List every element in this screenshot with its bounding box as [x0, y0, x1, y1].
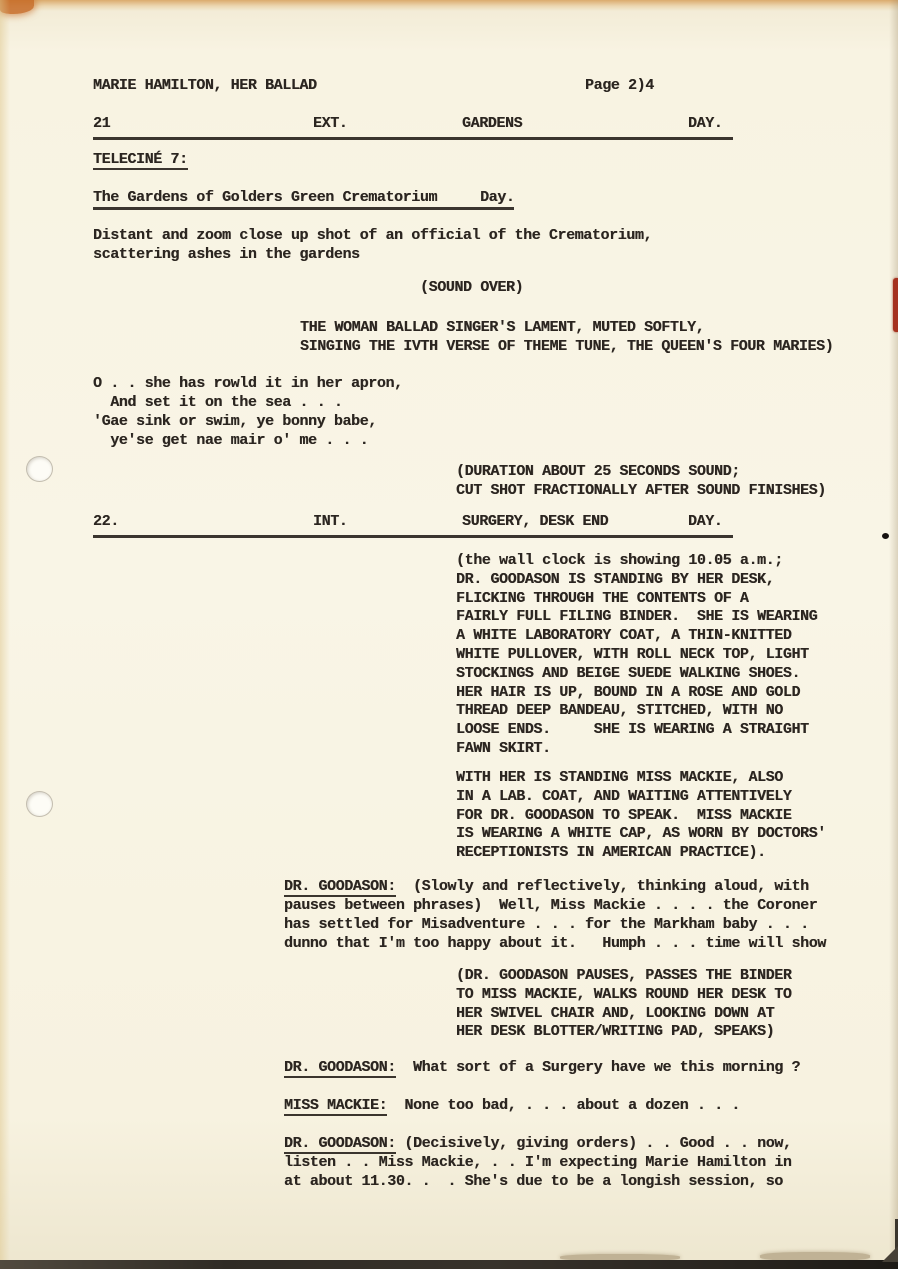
scene-heading-22: 22. INT. SURGERY, DESK END DAY.: [93, 512, 733, 538]
stage-direction-2: WITH HER IS STANDING MISS MACKIE, ALSO I…: [456, 769, 826, 863]
duration-note: (DURATION ABOUT 25 SECONDS SOUND; CUT SH…: [456, 462, 826, 500]
document-title: MARIE HAMILTON, HER BALLAD: [93, 76, 317, 95]
script-page-scan: MARIE HAMILTON, HER BALLAD Page 2)4 21 E…: [0, 0, 898, 1269]
scan-bottom-edge: [0, 1260, 898, 1269]
scene-setting: EXT.: [313, 114, 347, 133]
telecine-heading: TELECINÉ 7:: [93, 150, 188, 169]
ink-dot: [882, 533, 889, 539]
dialogue-goodason-3: DR. GOODASON: (Decisively, giving orders…: [284, 1134, 792, 1191]
scene-location: GARDENS: [462, 114, 522, 133]
scene-time: DAY.: [688, 114, 722, 133]
scene-heading-21: 21 EXT. GARDENS DAY.: [93, 114, 733, 140]
stage-direction-1: (the wall clock is showing 10.05 a.m.; D…: [456, 552, 817, 759]
scene-number: 21: [93, 114, 110, 133]
stage-direction-3: (DR. GOODASON PAUSES, PASSES THE BINDER …: [456, 967, 791, 1042]
speaker-name: DR. GOODASON:: [284, 1059, 396, 1078]
speaker-name: DR. GOODASON:: [284, 878, 396, 897]
speaker-name: MISS MACKIE:: [284, 1097, 387, 1116]
hole-punch-top: [26, 456, 53, 482]
scene-time: DAY.: [688, 512, 722, 531]
scan-top-edge: [0, 0, 898, 11]
dialogue-goodason-1: DR. GOODASON: (Slowly and reflectively, …: [284, 877, 826, 953]
location-heading: The Gardens of Golders Green Crematorium…: [93, 188, 514, 210]
scan-left-edge: [0, 0, 10, 1269]
ballad-verse: O . . she has rowld it in her apron, And…: [93, 374, 403, 450]
scan-right-edge: [889, 0, 898, 1269]
scene-location: SURGERY, DESK END: [462, 512, 608, 531]
telecine-label: TELECINÉ 7:: [93, 151, 188, 170]
red-edge-mark: [893, 278, 898, 332]
sound-over-cue: (SOUND OVER): [420, 278, 523, 297]
hole-punch-bottom: [26, 791, 53, 817]
scene-setting: INT.: [313, 512, 347, 531]
speaker-name: DR. GOODASON:: [284, 1135, 396, 1154]
scan-corner-shadow: [882, 1246, 898, 1262]
action-paragraph: Distant and zoom close up shot of an off…: [93, 226, 652, 264]
page-number: Page 2)4: [585, 76, 654, 95]
dialogue-mackie-1: MISS MACKIE: None too bad, . . . about a…: [284, 1096, 740, 1115]
lament-cue: THE WOMAN BALLAD SINGER'S LAMENT, MUTED …: [300, 318, 833, 356]
dialogue-goodason-2: DR. GOODASON: What sort of a Surgery hav…: [284, 1058, 800, 1077]
scene-number: 22.: [93, 512, 119, 531]
